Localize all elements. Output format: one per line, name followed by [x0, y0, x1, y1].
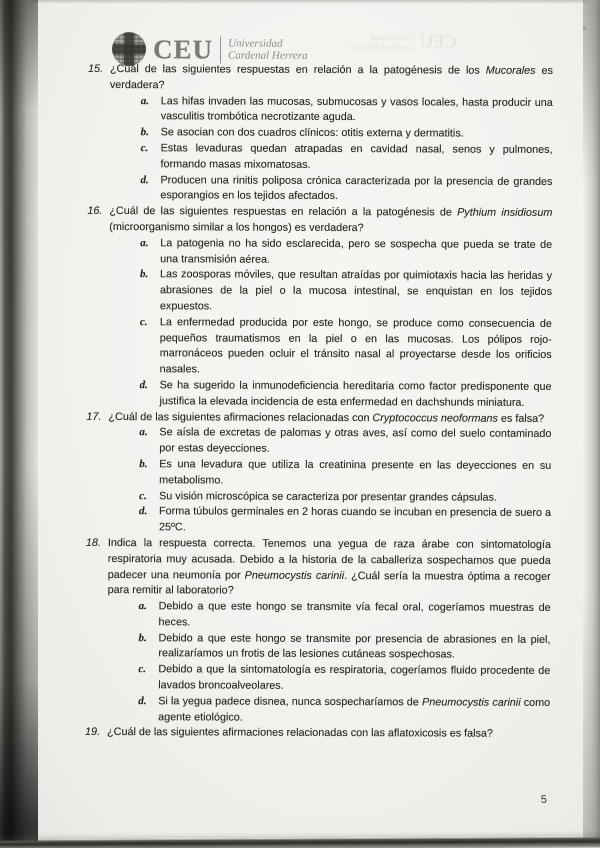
- option-text: Debido a que este hongo se transmite por…: [158, 631, 550, 664]
- option-row: a.Se aísla de excretas de palomas y otra…: [108, 425, 551, 459]
- option-text: La enfermedad producida por este hongo, …: [160, 315, 552, 380]
- option-row: a.Las hifas invaden las mucosas, submuco…: [110, 94, 553, 128]
- question-body: ¿Cuál de las siguientes respuestas en re…: [108, 204, 552, 411]
- question-body: ¿Cuál de las siguientes afirmaciones rel…: [107, 725, 550, 743]
- option-text: Forma túbulos germinales en 2 horas cuan…: [159, 505, 551, 538]
- species-name-italic: Cryptococcus neoformans: [372, 412, 497, 425]
- option-letter: c.: [138, 662, 158, 678]
- question-row: 17.¿Cuál de las siguientes afirmaciones …: [86, 409, 552, 537]
- text-segment: Es una levadura que utiliza la creatinin…: [159, 458, 551, 486]
- text-segment: Su visión microscópica se caracteriza po…: [159, 490, 497, 503]
- question-prompt: ¿Cuál de las siguientes afirmaciones rel…: [108, 410, 551, 428]
- question-number: 15.: [88, 62, 110, 78]
- question-body: ¿Cuál de las siguientes afirmaciones rel…: [108, 410, 552, 538]
- option-text: La patogenia no ha sido esclarecida, per…: [160, 236, 552, 269]
- logo-separator: [220, 36, 221, 63]
- option-text: Las zoosporas móviles, que resultan atra…: [160, 268, 552, 317]
- text-segment: Estas levaduras quedan atrapadas en cavi…: [161, 142, 553, 170]
- option-text: Es una levadura que utiliza la creatinin…: [159, 457, 551, 490]
- species-name-italic: Pneumocystis carinii: [245, 569, 345, 581]
- text-segment: La patogenia no ha sido esclarecida, per…: [160, 237, 552, 265]
- question-number: 19.: [85, 725, 107, 741]
- text-segment: Producen una rinitis poliposa crónica ca…: [160, 174, 552, 203]
- text-segment: Debido a que la sintomatología es respir…: [158, 663, 550, 691]
- university-name: Universidad Cardenal Herrera: [228, 37, 308, 62]
- option-text: Producen una rinitis poliposa crónica ca…: [160, 173, 552, 206]
- scan-speck-artifact: [583, 27, 586, 30]
- text-segment: La enfermedad producida por este hongo, …: [160, 316, 552, 376]
- option-letter: b.: [140, 267, 160, 283]
- option-letter: a.: [139, 425, 159, 441]
- species-name-italic: Pythium insidiosum: [457, 207, 552, 219]
- option-row: c.Su visión microscópica se caracteriza …: [108, 489, 551, 507]
- page-number: 5: [541, 794, 547, 806]
- page-content: CEU Universidad Cardenal Herrera CEU Uni…: [0, 0, 600, 848]
- scanned-exam-page: CEU Universidad Cardenal Herrera CEU Uni…: [0, 0, 600, 848]
- text-segment: Debido a que este hongo se transmite vía…: [159, 600, 551, 628]
- option-row: c.Estas levaduras quedan atrapadas en ca…: [110, 141, 553, 175]
- text-segment: Las hifas invaden las mucosas, submucosa…: [161, 95, 553, 124]
- text-segment: Forma túbulos germinales en 2 horas cuan…: [159, 506, 551, 534]
- text-segment: es falsa?: [498, 412, 544, 424]
- question-body: ¿Cuál de las siguientes respuestas en re…: [109, 62, 553, 206]
- option-row: a.Debido a que este hongo se transmite v…: [108, 599, 551, 633]
- option-letter: b.: [139, 457, 159, 473]
- question-row: 19.¿Cuál de las siguientes afirmaciones …: [85, 725, 550, 743]
- option-letter: a.: [141, 94, 161, 110]
- bleedthrough-ghost-logo: CEU Universidad Cardenal Herrera: [350, 31, 456, 52]
- option-letter: a.: [140, 236, 160, 252]
- option-letter: c.: [141, 141, 161, 157]
- option-row: b.Se asocian con dos cuadros clínicos: o…: [110, 125, 553, 143]
- option-row: b.Debido a que este hongo se transmite p…: [107, 631, 550, 665]
- option-text: Debido a que este hongo se transmite vía…: [159, 599, 551, 632]
- question-body: Indica la respuesta correcta. Tenemos un…: [107, 536, 551, 727]
- option-row: a.La patogenia no ha sido esclarecida, p…: [109, 236, 552, 270]
- text-segment: ¿Cuál de las siguientes afirmaciones rel…: [107, 726, 493, 740]
- text-segment: ¿Cuál de las siguientes respuestas en re…: [109, 205, 457, 219]
- option-letter: b.: [141, 125, 161, 141]
- text-segment: ¿Cuál de las siguientes afirmaciones rel…: [108, 411, 372, 424]
- option-text: Su visión microscópica se caracteriza po…: [159, 489, 551, 507]
- species-name-italic: Mucorales: [486, 65, 536, 77]
- ghost-name-line2: Cardenal Herrera: [350, 42, 415, 52]
- text-segment: ¿Cuál de las siguientes respuestas en re…: [110, 63, 486, 77]
- option-letter: d.: [140, 173, 160, 189]
- option-text: Se aísla de excretas de palomas y otras …: [159, 426, 551, 459]
- option-row: d.Forma túbulos germinales en 2 horas cu…: [108, 504, 551, 538]
- option-row: d.Producen una rinitis poliposa crónica …: [109, 173, 552, 207]
- option-row: c.Debido a que la sintomatología es resp…: [107, 662, 550, 696]
- question-prompt: Indica la respuesta correcta. Tenemos un…: [108, 536, 551, 601]
- questions-list: 15.¿Cuál de las siguientes respuestas en…: [85, 62, 553, 743]
- question-number: 16.: [87, 204, 109, 220]
- text-segment: Las zoosporas móviles, que resultan atra…: [160, 269, 552, 313]
- text-segment: Si la yegua padece disnea, nunca sospech…: [158, 695, 422, 708]
- option-text: Debido a que la sintomatología es respir…: [158, 662, 550, 695]
- question-row: 15.¿Cuál de las siguientes respuestas en…: [87, 62, 553, 206]
- option-row: b.Es una levadura que utiliza la creatin…: [108, 457, 551, 491]
- text-segment: Se asocian con dos cuadros clínicos: oti…: [161, 126, 464, 139]
- option-row: d.Si la yegua padece disnea, nunca sospe…: [107, 694, 550, 728]
- option-text: Se asocian con dos cuadros clínicos: oti…: [161, 125, 553, 143]
- question-row: 16.¿Cuál de las siguientes respuestas en…: [86, 204, 552, 411]
- university-name-line1: Universidad: [228, 37, 282, 49]
- ghost-logo-acronym: CEU: [420, 31, 456, 52]
- question-number: 17.: [86, 409, 108, 425]
- ghost-name-line1: Universidad: [371, 32, 416, 42]
- option-letter: a.: [139, 599, 159, 615]
- option-letter: b.: [138, 631, 158, 647]
- option-row: d.Se ha sugerido la inmunodeficiencia he…: [108, 378, 551, 412]
- option-row: b.Las zoosporas móviles, que resultan at…: [109, 267, 552, 316]
- option-text: Estas levaduras quedan atrapadas en cavi…: [161, 141, 553, 174]
- species-name-italic: Pneumocystis carinii: [422, 696, 521, 708]
- logo-acronym: CEU: [153, 36, 213, 63]
- question-prompt: ¿Cuál de las siguientes respuestas en re…: [110, 62, 553, 96]
- question-prompt: ¿Cuál de las siguientes afirmaciones rel…: [107, 725, 550, 743]
- option-letter: c.: [140, 315, 160, 331]
- text-segment: (microorganismo similar a los hongos) es…: [109, 221, 363, 234]
- text-segment: Debido a que este hongo se transmite por…: [158, 632, 550, 661]
- option-letter: d.: [140, 378, 160, 394]
- text-segment: Se aísla de excretas de palomas y otras …: [159, 427, 551, 455]
- option-row: c.La enfermedad producida por este hongo…: [109, 315, 552, 380]
- text-segment: Se ha sugerido la inmunodeficiencia here…: [159, 379, 551, 408]
- option-letter: d.: [139, 504, 159, 520]
- option-text: Las hifas invaden las mucosas, submucosa…: [161, 94, 553, 127]
- option-text: Se ha sugerido la inmunodeficiencia here…: [159, 378, 551, 411]
- ghost-university-name: Universidad Cardenal Herrera: [350, 32, 415, 52]
- option-letter: c.: [139, 489, 159, 505]
- question-number: 18.: [86, 536, 108, 552]
- option-text: Si la yegua padece disnea, nunca sospech…: [158, 694, 550, 727]
- question-row: 18.Indica la respuesta correcta. Tenemos…: [85, 536, 551, 728]
- question-prompt: ¿Cuál de las siguientes respuestas en re…: [109, 204, 552, 238]
- university-name-line2: Cardenal Herrera: [228, 50, 308, 62]
- option-letter: d.: [138, 694, 158, 710]
